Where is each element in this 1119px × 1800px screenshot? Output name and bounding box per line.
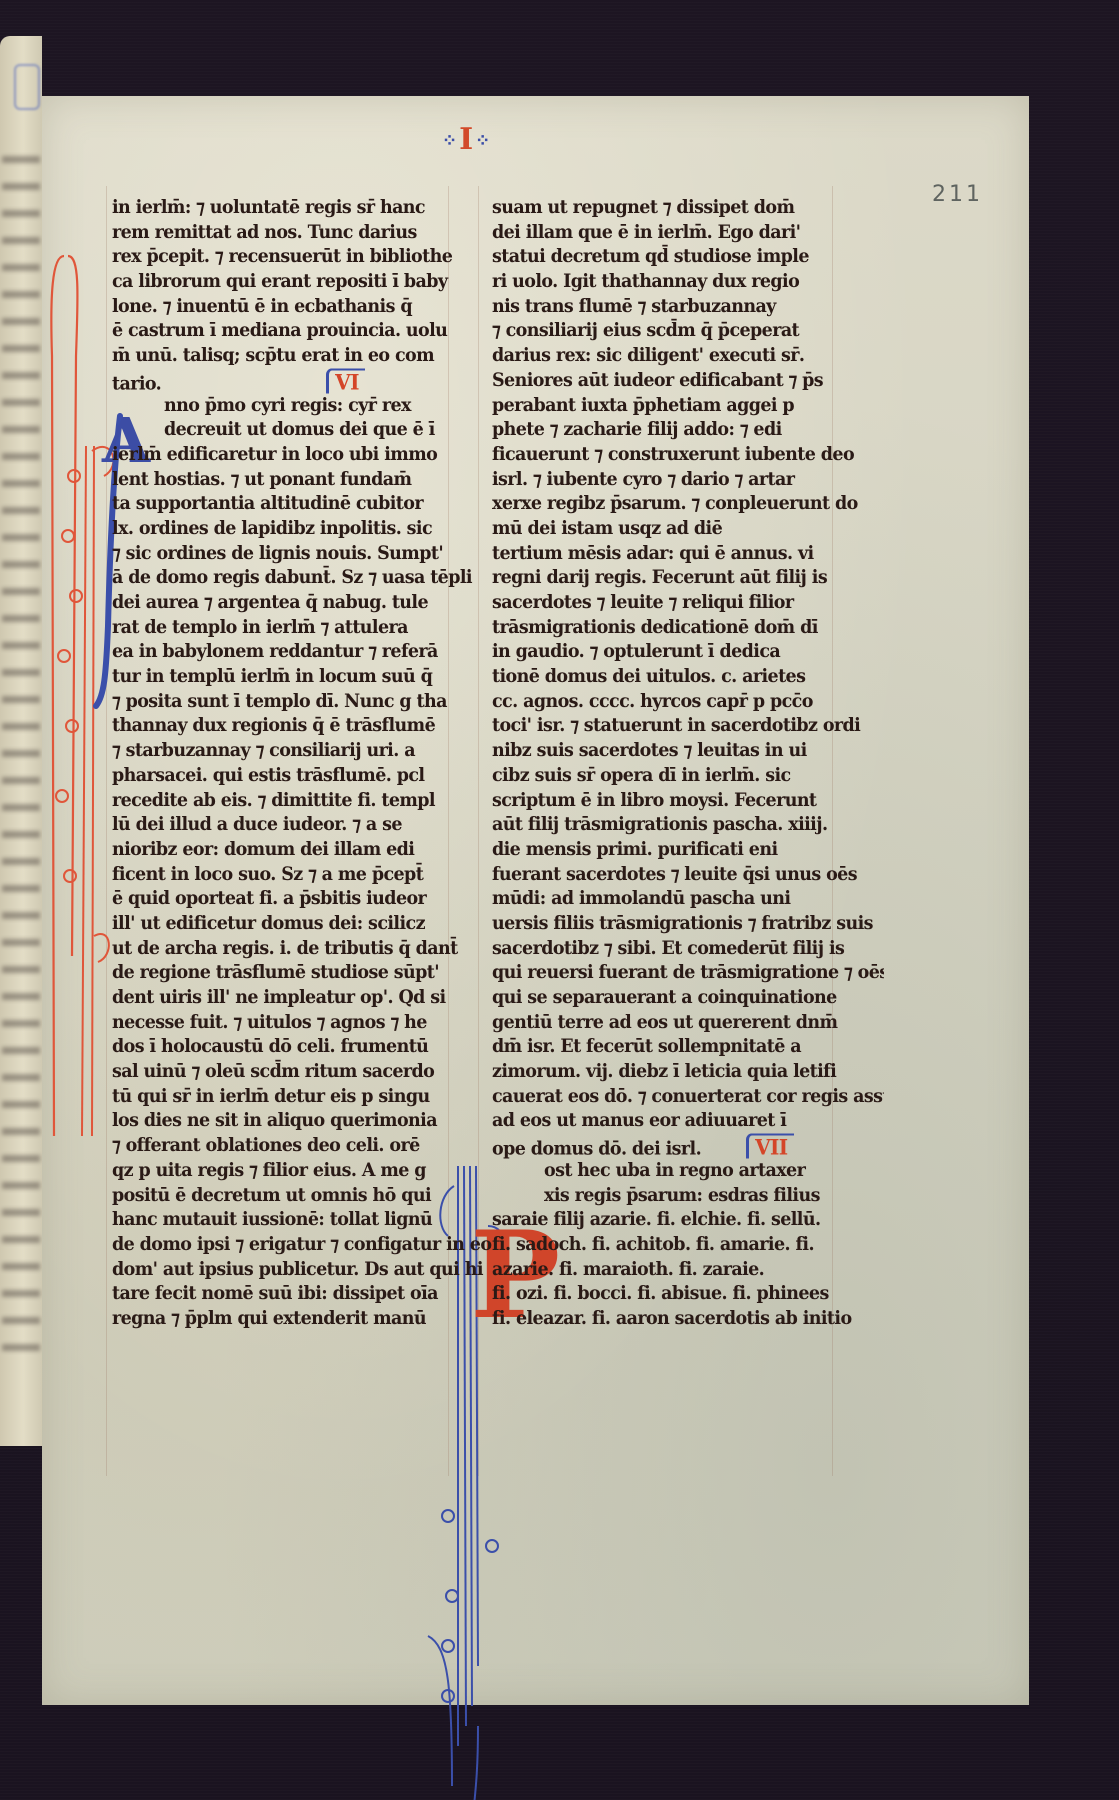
previous-page-text-blurred [2,156,40,1356]
text-line: ri uolo. Igit thathannay dux regio [492,269,884,295]
manuscript-folio: ⁘I⁘ 211 A [42,96,1029,1705]
text-line: nioribz eor: domum dei illam edi [112,837,492,863]
chapter-number-vii: VII [746,1134,793,1159]
text-line: ea in babylonem reddantur ⁊ referā [112,640,492,666]
text-line: isrl. ⁊ iubente cyro ⁊ dario ⁊ artar [492,467,884,493]
text-line: dei aurea ⁊ argentea q̄ nabug. tule [112,590,492,616]
text-line: ut de archa regis. i. de tributis q̄ dan… [112,936,492,962]
text-line: ⁊ sic ordines de lignis nouis. Sumpt' [112,541,492,567]
text-line: hanc mutauit iussionē: tollat lignū [112,1208,492,1234]
previous-page-initial [14,64,40,110]
chapter-number-vi: VI [326,368,365,393]
text-column-left: in ierlm̄: ⁊ uoluntatē regis sr̄ hanc re… [112,196,492,1332]
text-line: ierlm̄ edificaretur in loco ubi immo [112,442,492,468]
text-line: ē quid oporteat fi. a p̄sbitis iudeor [112,887,492,913]
text-line: phete ⁊ zacharie filij addo: ⁊ edi [492,418,884,444]
text-line: dent uiris ill' ne impleatur op'. Qd si [112,985,492,1011]
text-line: lent hostias. ⁊ ut ponant fundam̄ [112,467,492,493]
text-line: statui decretum qd̄ studiose imple [492,245,884,271]
text-line: tertium mēsis adar: qui ē annus. vi [492,541,884,567]
text-line-with-chapter-mark: tario. VI [112,368,492,394]
text-line: recedite ab eis. ⁊ dimittite fi. templ [112,788,492,814]
text-line: ad eos ut manus eor adiuuaret ī [492,1109,884,1135]
text-line: aūt filij trāsmigrationis pascha. xiiij. [492,813,884,839]
text-line: pharsacei. qui estis trāsflumē. pcl [112,763,492,789]
text-line: tionē domus dei uitulos. c. arietes [492,664,884,690]
text-line-with-chapter-mark: ope domus dō. dei isrl. VII [492,1134,884,1160]
text-line: rat de templo in ierlm̄ ⁊ attulera [112,615,492,641]
text-line: trāsmigrationis dedicationē dom̄ dī [492,615,884,641]
text-line: xerxe regibz p̄sarum. ⁊ conpleuerunt do [492,492,884,518]
text-line: sacerdotibz ⁊ sibi. Et comederūt filij i… [492,936,884,962]
text-line: suam ut repugnet ⁊ dissipet dom̄ [492,195,884,221]
text-line: qui reuersi fuerant de trāsmigratione ⁊ … [492,961,884,987]
previous-page-edge [0,36,42,1446]
text-line: ⁊ offerant oblationes deo celi. orē [112,1134,492,1160]
text-line: sal uinū ⁊ oleū scd̄m ritum sacerdo [112,1059,492,1085]
text-line: dei illam que ē in ierlm̄. Ego dari' [492,220,884,246]
text-line: ost hec uba in regno artaxer [492,1158,884,1184]
text-line: qz p uita regis ⁊ filior eius. A me g [112,1158,492,1184]
text-line: ficauerunt ⁊ construxerunt iubente deo [492,442,884,468]
text-line: nis trans flumē ⁊ starbuzannay [492,294,884,320]
running-head: ⁘I⁘ [442,122,492,157]
text-line: toci' isr. ⁊ statuerunt in sacerdotibz o… [492,714,884,740]
text-line: cibz suis sr̄ opera dī in ierlm̄. sic [492,763,884,789]
text-line: decreuit ut domus dei que ē ī [112,418,492,444]
text-line: mū dei istam usqz ad diē [492,516,884,542]
text-line: ficent in loco suo. Sz ⁊ a me p̄cept̄ [112,862,492,888]
text-line: m̄ unū. talisq; scp̄tu erat in eo com [112,344,492,370]
text-line: lx. ordines de lapidibz inpolitis. sic [112,516,492,542]
text-line: los dies ne sit in aliquo querimonia [112,1109,492,1135]
text-line: in gaudio. ⁊ optulerunt ī dedica [492,640,884,666]
text-line: fi. ozi. fi. bocci. fi. abisue. fi. phin… [492,1282,884,1308]
text-line: fi. sadoch. fi. achitob. fi. amarie. fi. [492,1232,884,1258]
text-line: ā de domo regis dabunt̄. Sz ⁊ uasa tēpli [112,566,492,592]
text-line: nno p̄mo cyri regis: cyr̄ rex [112,393,492,419]
text-line: in ierlm̄: ⁊ uoluntatē regis sr̄ hanc [112,195,492,221]
text-line: rex p̄cepit. ⁊ recensuerūt in bibliothe [112,245,492,271]
text-line: ta supportantia altitudinē cubitor [112,492,492,518]
text-line: ⁊ posita sunt ī templo dī. Nunc g tha [112,689,492,715]
text-line: xis regis p̄sarum: esdras filius [492,1183,884,1209]
running-head-dot-icon: ⁘ [442,131,459,152]
text-line: ill' ut edificetur domus dei: scilicz [112,911,492,937]
text-line: tū qui sr̄ in ierlm̄ detur eis p singu [112,1084,492,1110]
text-line: qui se separauerant a coinquinatione [492,985,884,1011]
text-line: de domo ipsi ⁊ erigatur ⁊ configatur in … [112,1232,492,1258]
text-column-right: suam ut repugnet ⁊ dissipet dom̄ dei ill… [492,196,884,1332]
text-line: mūdi: ad immolandū pascha uni [492,887,884,913]
text-line: ⁊ starbuzannay ⁊ consiliarij uri. a [112,739,492,765]
text-line: uersis filiis trāsmigrationis ⁊ fratribz… [492,911,884,937]
text-line: tare fecit nomē suū ibi: dissipet oīa [112,1282,492,1308]
text-line: darius rex: sic diligent' executi sr̄. [492,344,884,370]
text-line: thannay dux regionis q̄ ē trāsflumē [112,714,492,740]
text-line: ca librorum qui erant repositi ī baby [112,269,492,295]
text-line: cauerat eos dō. ⁊ conuerterat cor regis … [492,1084,884,1110]
text-line: dom' aut ipsius publicetur. Ds aut qui h… [112,1257,492,1283]
text-line: tur in templū ierlm̄ in locum suū q̄ [112,664,492,690]
text-line: regna ⁊ p̄plm qui extenderit manū [112,1306,492,1332]
text-line: cc. agnos. cccc. hyrcos capr̄ p pcc̄o [492,689,884,715]
text-line: die mensis primi. purificati eni [492,837,884,863]
text-line: necesse fuit. ⁊ uitulos ⁊ agnos ⁊ he [112,1010,492,1036]
text-line: scriptum ē in libro moysi. Fecerunt [492,788,884,814]
text-line: ⁊ consiliarij eius scd̄m q̄ p̄ceperat [492,319,884,345]
folio-number: 211 [932,182,983,207]
text-line: lū dei illud a duce iudeor. ⁊ a se [112,813,492,839]
text-line: fi. eleazar. fi. aaron sacerdotis ab ini… [492,1306,884,1332]
text-fragment: ope domus dō. dei isrl. [492,1139,701,1160]
text-line: saraie filij azarie. fi. elchie. fi. sel… [492,1208,884,1234]
text-line: rem remittat ad nos. Tunc darius [112,220,492,246]
text-line: regni darij regis. Fecerunt aūt filij is [492,566,884,592]
running-head-letter: I [459,122,475,157]
text-line: ē castrum ī mediana prouincia. uolu [112,319,492,345]
text-line: azarie. fi. maraioth. fi. zaraie. [492,1257,884,1283]
running-head-dot-icon: ⁘ [475,131,492,152]
text-line: lone. ⁊ inuentū ē in ecbathanis q̄ [112,294,492,320]
text-line: dos ī holocaustū dō celi. frumentū [112,1035,492,1061]
text-line: dm̄ isr. Et fecerūt sollempnitatē a [492,1035,884,1061]
text-line: fuerant sacerdotes ⁊ leuite q̄si unus oē… [492,862,884,888]
text-line: nibz suis sacerdotes ⁊ leuitas in ui [492,739,884,765]
text-fragment: tario. [112,373,161,394]
text-line: zimorum. vij. diebz ī leticia quia letif… [492,1059,884,1085]
text-line: Seniores aūt iudeor edificabant ⁊ p̄s [492,368,884,394]
text-line: sacerdotes ⁊ leuite ⁊ reliqui filior [492,590,884,616]
text-line: perabant iuxta p̄phetiam aggei p [492,393,884,419]
text-line: positū ē decretum ut omnis hō qui [112,1183,492,1209]
text-line: de regione trāsflumē studiose sūpt' [112,961,492,987]
text-line: gentiū terre ad eos ut quererent dnm̄ [492,1010,884,1036]
